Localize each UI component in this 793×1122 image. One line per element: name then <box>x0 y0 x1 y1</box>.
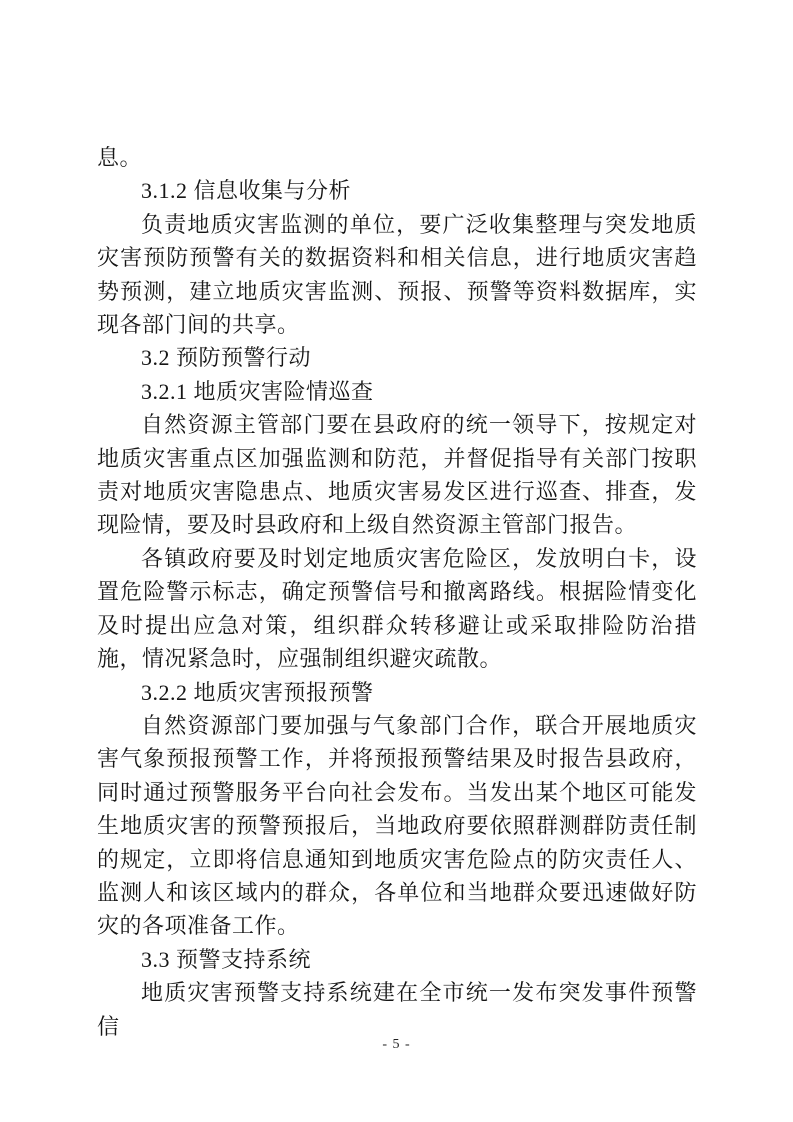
section-heading: 3.2.2 地质灾害预报预警 <box>97 676 697 709</box>
document-page: 息。3.1.2 信息收集与分析负责地质灾害监测的单位，要广泛收集整理与突发地质灾… <box>0 0 793 1122</box>
paragraph: 负责地质灾害监测的单位，要广泛收集整理与突发地质灾害预防预警有关的数据资料和相关… <box>97 208 697 342</box>
section-heading: 3.3 预警支持系统 <box>97 943 697 976</box>
paragraph: 各镇政府要及时划定地质灾害危险区，发放明白卡，设置危险警示标志，确定预警信号和撤… <box>97 542 697 676</box>
section-heading: 3.1.2 信息收集与分析 <box>97 174 697 207</box>
paragraph: 自然资源部门要加强与气象部门合作，联合开展地质灾害气象预报预警工作，并将预报预警… <box>97 709 697 943</box>
paragraph: 息。 <box>97 141 697 174</box>
page-number: - 5 - <box>0 1037 793 1053</box>
document-body: 息。3.1.2 信息收集与分析负责地质灾害监测的单位，要广泛收集整理与突发地质灾… <box>97 141 697 1043</box>
paragraph: 自然资源主管部门要在县政府的统一领导下，按规定对地质灾害重点区加强监测和防范，并… <box>97 408 697 542</box>
paragraph: 地质灾害预警支持系统建在全市统一发布突发事件预警信 <box>97 976 697 1043</box>
section-heading: 3.2.1 地质灾害险情巡查 <box>97 375 697 408</box>
section-heading: 3.2 预防预警行动 <box>97 341 697 374</box>
